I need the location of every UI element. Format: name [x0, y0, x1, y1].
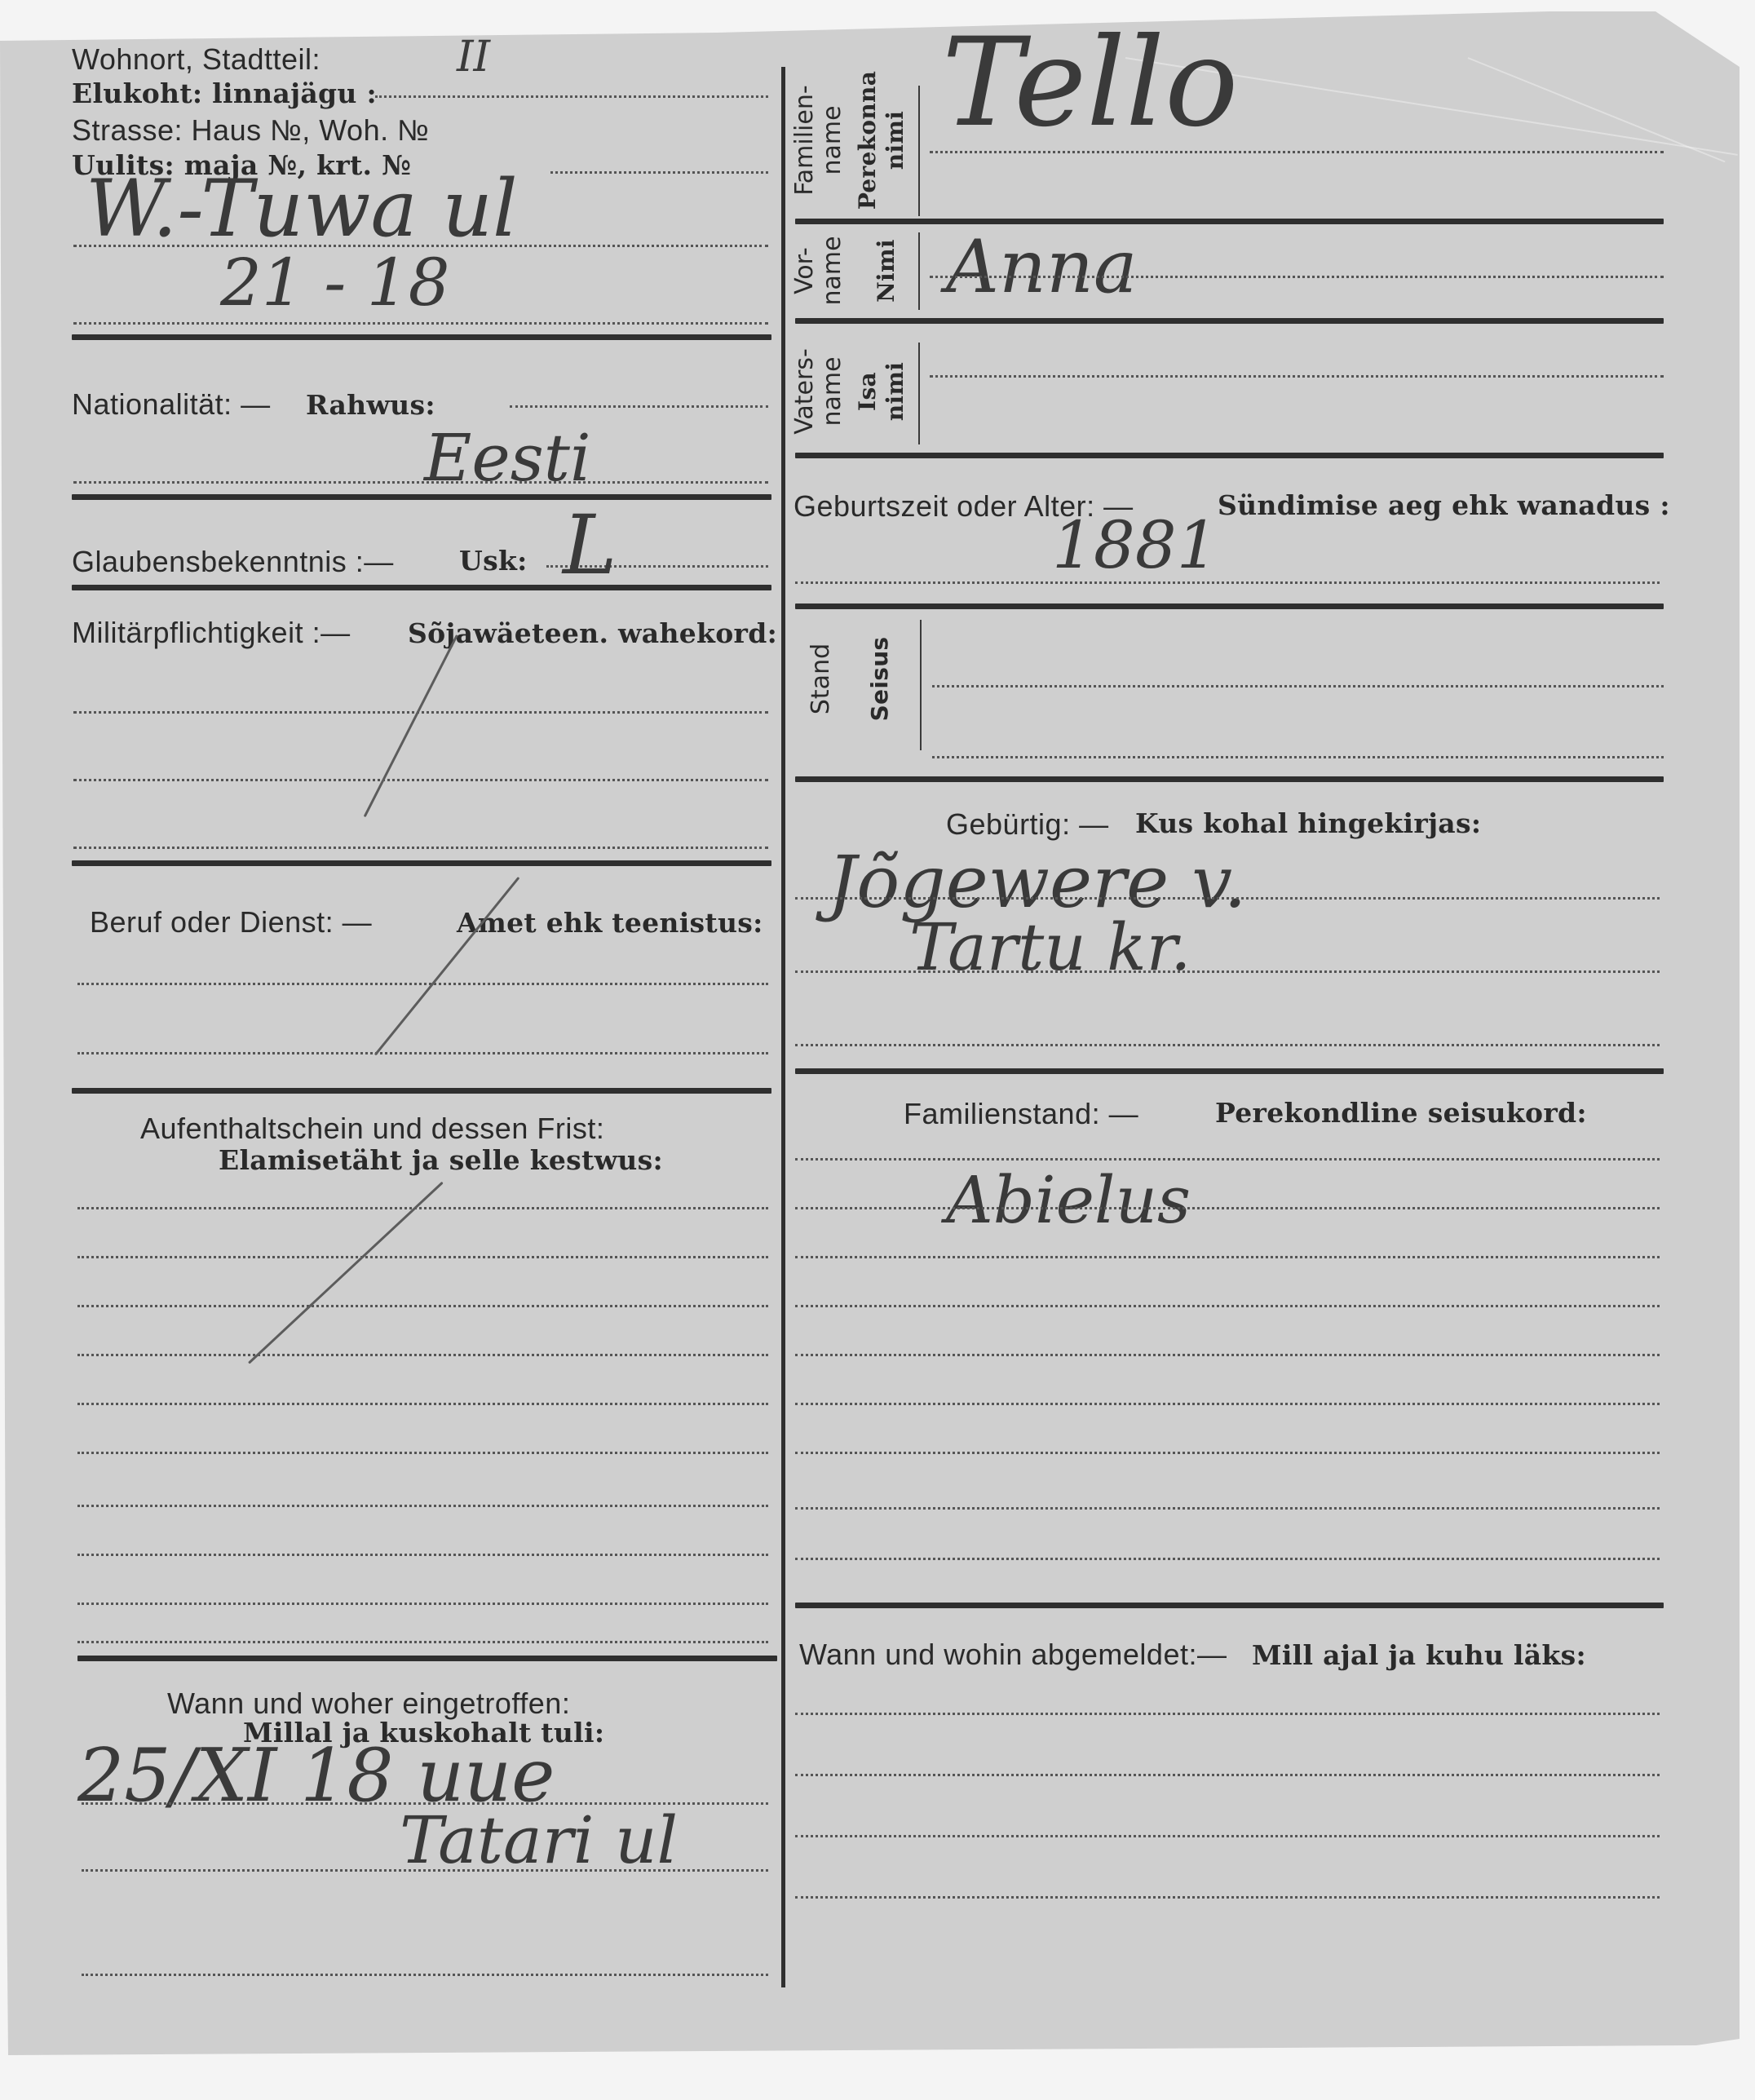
marital-status-field-line-5[interactable]	[795, 1354, 1660, 1356]
first-name-label: Vor- name	[791, 225, 847, 316]
section-divider	[795, 219, 1664, 224]
surname-field-line[interactable]	[930, 151, 1664, 153]
nationality-field-line-1[interactable]	[510, 405, 768, 408]
marital-status-field-line-6[interactable]	[795, 1403, 1660, 1405]
departure-field-line-4[interactable]	[795, 1896, 1660, 1899]
first-name-field-line[interactable]	[930, 276, 1664, 278]
section-divider	[795, 776, 1664, 782]
surname-label-et-2: nimi	[882, 67, 909, 214]
arrival-field-line-3[interactable]	[82, 1974, 768, 1976]
section-divider	[72, 494, 771, 500]
status-field-line-1[interactable]	[932, 685, 1664, 687]
residence-permit-field-line-2[interactable]	[77, 1256, 768, 1258]
street-field-line-3[interactable]	[73, 322, 768, 325]
marital-status-label-de: Familienstand: —	[904, 1097, 1138, 1131]
patronymic-label-et: Isa nimi	[854, 326, 909, 457]
first-name-label-de-2: name	[819, 225, 847, 316]
residence-label-de-2: Strasse: Haus №, Woh. №	[72, 113, 429, 148]
marital-status-label-et: Perekondline seisukord:	[1215, 1097, 1587, 1129]
section-divider	[795, 1068, 1664, 1074]
first-name-label-de-1: Vor-	[791, 225, 819, 316]
residence-permit-field-line-6[interactable]	[77, 1452, 768, 1454]
military-field-line-2[interactable]	[73, 779, 768, 781]
marital-status-field-line-4[interactable]	[795, 1305, 1660, 1307]
surname-label-et-1: Perekonna	[854, 67, 882, 214]
religion-value: L	[563, 497, 617, 593]
patronymic-field-line[interactable]	[930, 375, 1664, 378]
residence-label-et-1: Elukoht: linnajägu :	[72, 77, 377, 109]
section-divider	[72, 1088, 771, 1094]
nationality-label-et: Rahwus:	[306, 389, 435, 421]
profession-field-line-1[interactable]	[77, 983, 768, 985]
section-divider	[72, 334, 771, 340]
first-name-value[interactable]: Anna	[946, 224, 1138, 310]
patronymic-label-de-2: name	[819, 326, 847, 457]
surname-label-de-2: name	[819, 67, 847, 214]
birthplace-value-2[interactable]: Tartu kr.	[909, 909, 1191, 985]
military-field-line-1[interactable]	[73, 711, 768, 714]
birth-field-line[interactable]	[795, 581, 1660, 584]
first-name-label-et: Nimi	[873, 225, 900, 316]
birthplace-field-line-2[interactable]	[795, 970, 1660, 973]
residence-permit-field-line-9[interactable]	[77, 1603, 768, 1605]
nationality-label-de: Nationalität: —	[72, 387, 271, 422]
section-divider	[77, 1656, 777, 1661]
religion-label-de: Glaubensbekenntnis :—	[72, 545, 394, 579]
birthplace-label-et: Kus kohal hingekirjas:	[1135, 807, 1481, 839]
section-divider	[72, 585, 771, 590]
departure-label-de: Wann und wohin abgemeldet:—	[799, 1638, 1227, 1672]
birthplace-label-de: Gebürtig: —	[946, 807, 1109, 842]
departure-field-line-1[interactable]	[795, 1713, 1660, 1715]
residence-permit-field-line-10[interactable]	[77, 1641, 768, 1643]
military-field-line-3[interactable]	[73, 847, 768, 849]
marital-status-field-line-7[interactable]	[795, 1452, 1660, 1454]
residence-label-de-1: Wohnort, Stadtteil:	[72, 42, 320, 77]
profession-field-line-2[interactable]	[77, 1052, 768, 1054]
departure-field-line-2[interactable]	[795, 1774, 1660, 1776]
house-value: 21 - 18	[220, 245, 449, 321]
label-separator	[918, 86, 920, 216]
marital-status-field-line-2[interactable]	[795, 1207, 1660, 1209]
nationality-field-line-2[interactable]	[73, 481, 768, 484]
departure-field-line-3[interactable]	[795, 1835, 1660, 1837]
label-separator	[920, 620, 922, 750]
arrival-field-line-2[interactable]	[82, 1869, 768, 1872]
patronymic-label: Vaters- name	[791, 326, 847, 457]
section-divider	[795, 1603, 1664, 1608]
birth-value[interactable]: 1881	[1052, 507, 1218, 583]
surname-label: Familien- name	[791, 67, 847, 214]
arrival-label-de: Wann und woher eingetroffen:	[167, 1687, 570, 1721]
birthplace-field-line-3[interactable]	[795, 1044, 1660, 1046]
profession-label-de: Beruf oder Dienst: —	[90, 905, 372, 939]
marital-status-field-line-8[interactable]	[795, 1507, 1660, 1510]
residence-permit-field-line-8[interactable]	[77, 1554, 768, 1556]
marital-status-value[interactable]: Abielus	[946, 1162, 1191, 1238]
label-separator	[918, 343, 920, 444]
marital-status-field-line-1[interactable]	[795, 1158, 1660, 1161]
patronymic-label-de-1: Vaters-	[791, 326, 819, 457]
patronymic-label-et-1: Isa	[854, 326, 882, 457]
residence-permit-field-line-1[interactable]	[77, 1207, 768, 1209]
street-value: W.-Tuwa ul	[86, 163, 518, 254]
section-divider	[795, 318, 1664, 324]
status-label-de: Stand	[807, 632, 835, 726]
military-label-de: Militärpflichtigkeit :—	[72, 616, 351, 650]
departure-label-et: Mill ajal ja kuhu läks:	[1252, 1639, 1586, 1671]
surname-label-et: Perekonna nimi	[854, 67, 909, 214]
marital-status-field-line-9[interactable]	[795, 1558, 1660, 1560]
arrival-place-value: Tatari ul	[400, 1802, 678, 1878]
birth-label-et: Sündimise aeg ehk wanadus :	[1218, 489, 1670, 521]
residence-permit-field-line-3[interactable]	[77, 1305, 768, 1307]
profession-label-et: Amet ehk teenistus:	[457, 907, 763, 939]
section-divider	[795, 603, 1664, 609]
patronymic-label-et-2: nimi	[882, 326, 909, 457]
section-divider	[72, 860, 771, 866]
residence-permit-field-line-7[interactable]	[77, 1505, 768, 1507]
residence-permit-label-et: Elamisetäht ja selle kestwus:	[219, 1144, 663, 1176]
district-value: II	[457, 33, 490, 82]
column-divider	[781, 67, 785, 1987]
status-label-et: Seisus	[866, 632, 894, 726]
marital-status-field-line-3[interactable]	[795, 1256, 1660, 1258]
nationality-value: Eesti	[424, 420, 591, 496]
birthplace-field-line-1[interactable]	[795, 897, 1660, 900]
label-separator	[918, 232, 920, 310]
residence-permit-field-line-4[interactable]	[77, 1354, 768, 1356]
status-field-line-2[interactable]	[932, 756, 1664, 758]
surname-label-de-1: Familien-	[791, 67, 819, 214]
religion-label-et: Usk:	[459, 545, 528, 577]
military-label-et: Sõjawäeteen. wahekord:	[408, 617, 777, 649]
section-divider	[795, 453, 1664, 458]
street-field-line-1[interactable]	[550, 171, 768, 174]
district-field-line[interactable]	[375, 95, 768, 98]
first-name-label-et-1: Nimi	[873, 225, 900, 316]
surname-value[interactable]: Tello	[942, 12, 1238, 154]
residence-permit-label-de: Aufenthaltschein und dessen Frist:	[140, 1112, 604, 1146]
residence-permit-field-line-5[interactable]	[77, 1403, 768, 1405]
